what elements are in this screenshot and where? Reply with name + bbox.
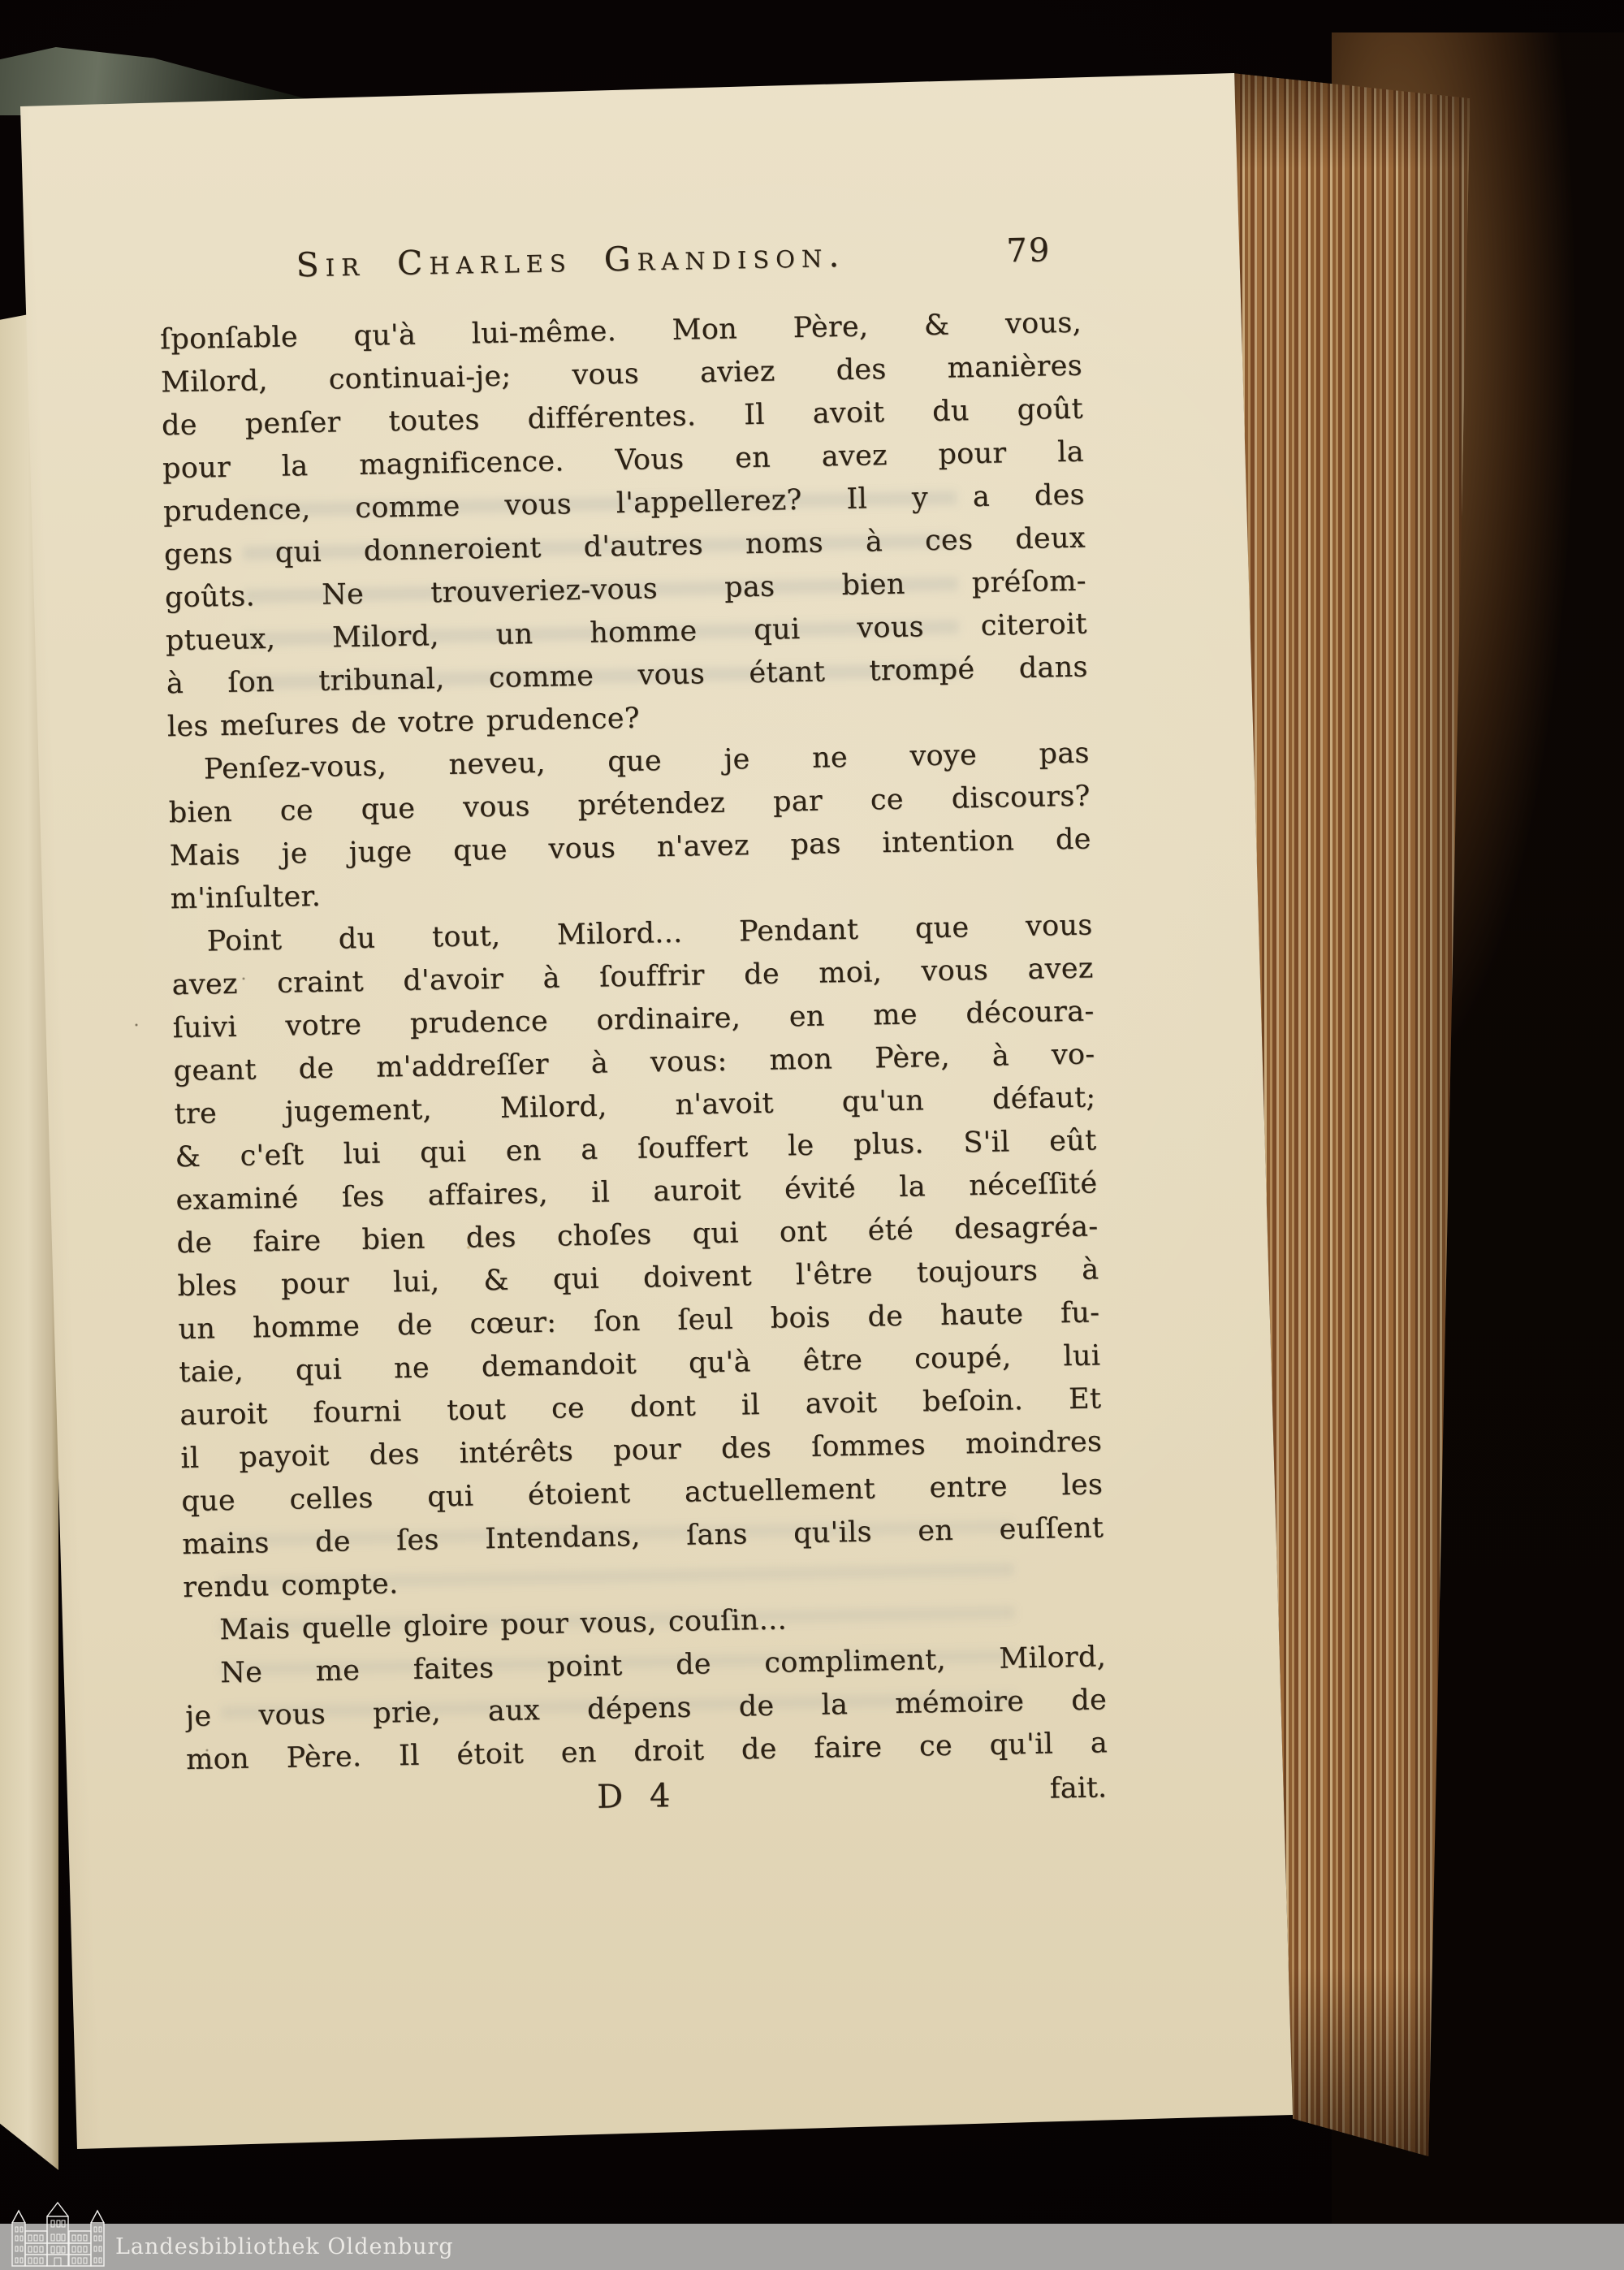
running-title: Sir Charles Grandison. <box>158 233 983 288</box>
library-name: Landesbibliothek Oldenburg <box>115 2224 454 2270</box>
text-lines: ſponſable qu'à lui-même. Mon Père, & vou… <box>160 302 1108 1782</box>
library-building-icon <box>10 2199 107 2268</box>
printed-text-block: Sir Charles Grandison. 79 ſponſable qu'à… <box>158 231 1108 1827</box>
page-number: 79 <box>1006 231 1052 270</box>
book-page-scan: Sir Charles Grandison. 79 ſponſable qu'à… <box>0 0 1624 2270</box>
signature-mark: D 4 <box>597 1773 671 1820</box>
library-watermark-bar: Landesbibliothek Oldenburg <box>0 2224 1624 2270</box>
catchword: fait. <box>1049 1765 1107 1811</box>
page-header: Sir Charles Grandison. 79 <box>158 231 1081 294</box>
